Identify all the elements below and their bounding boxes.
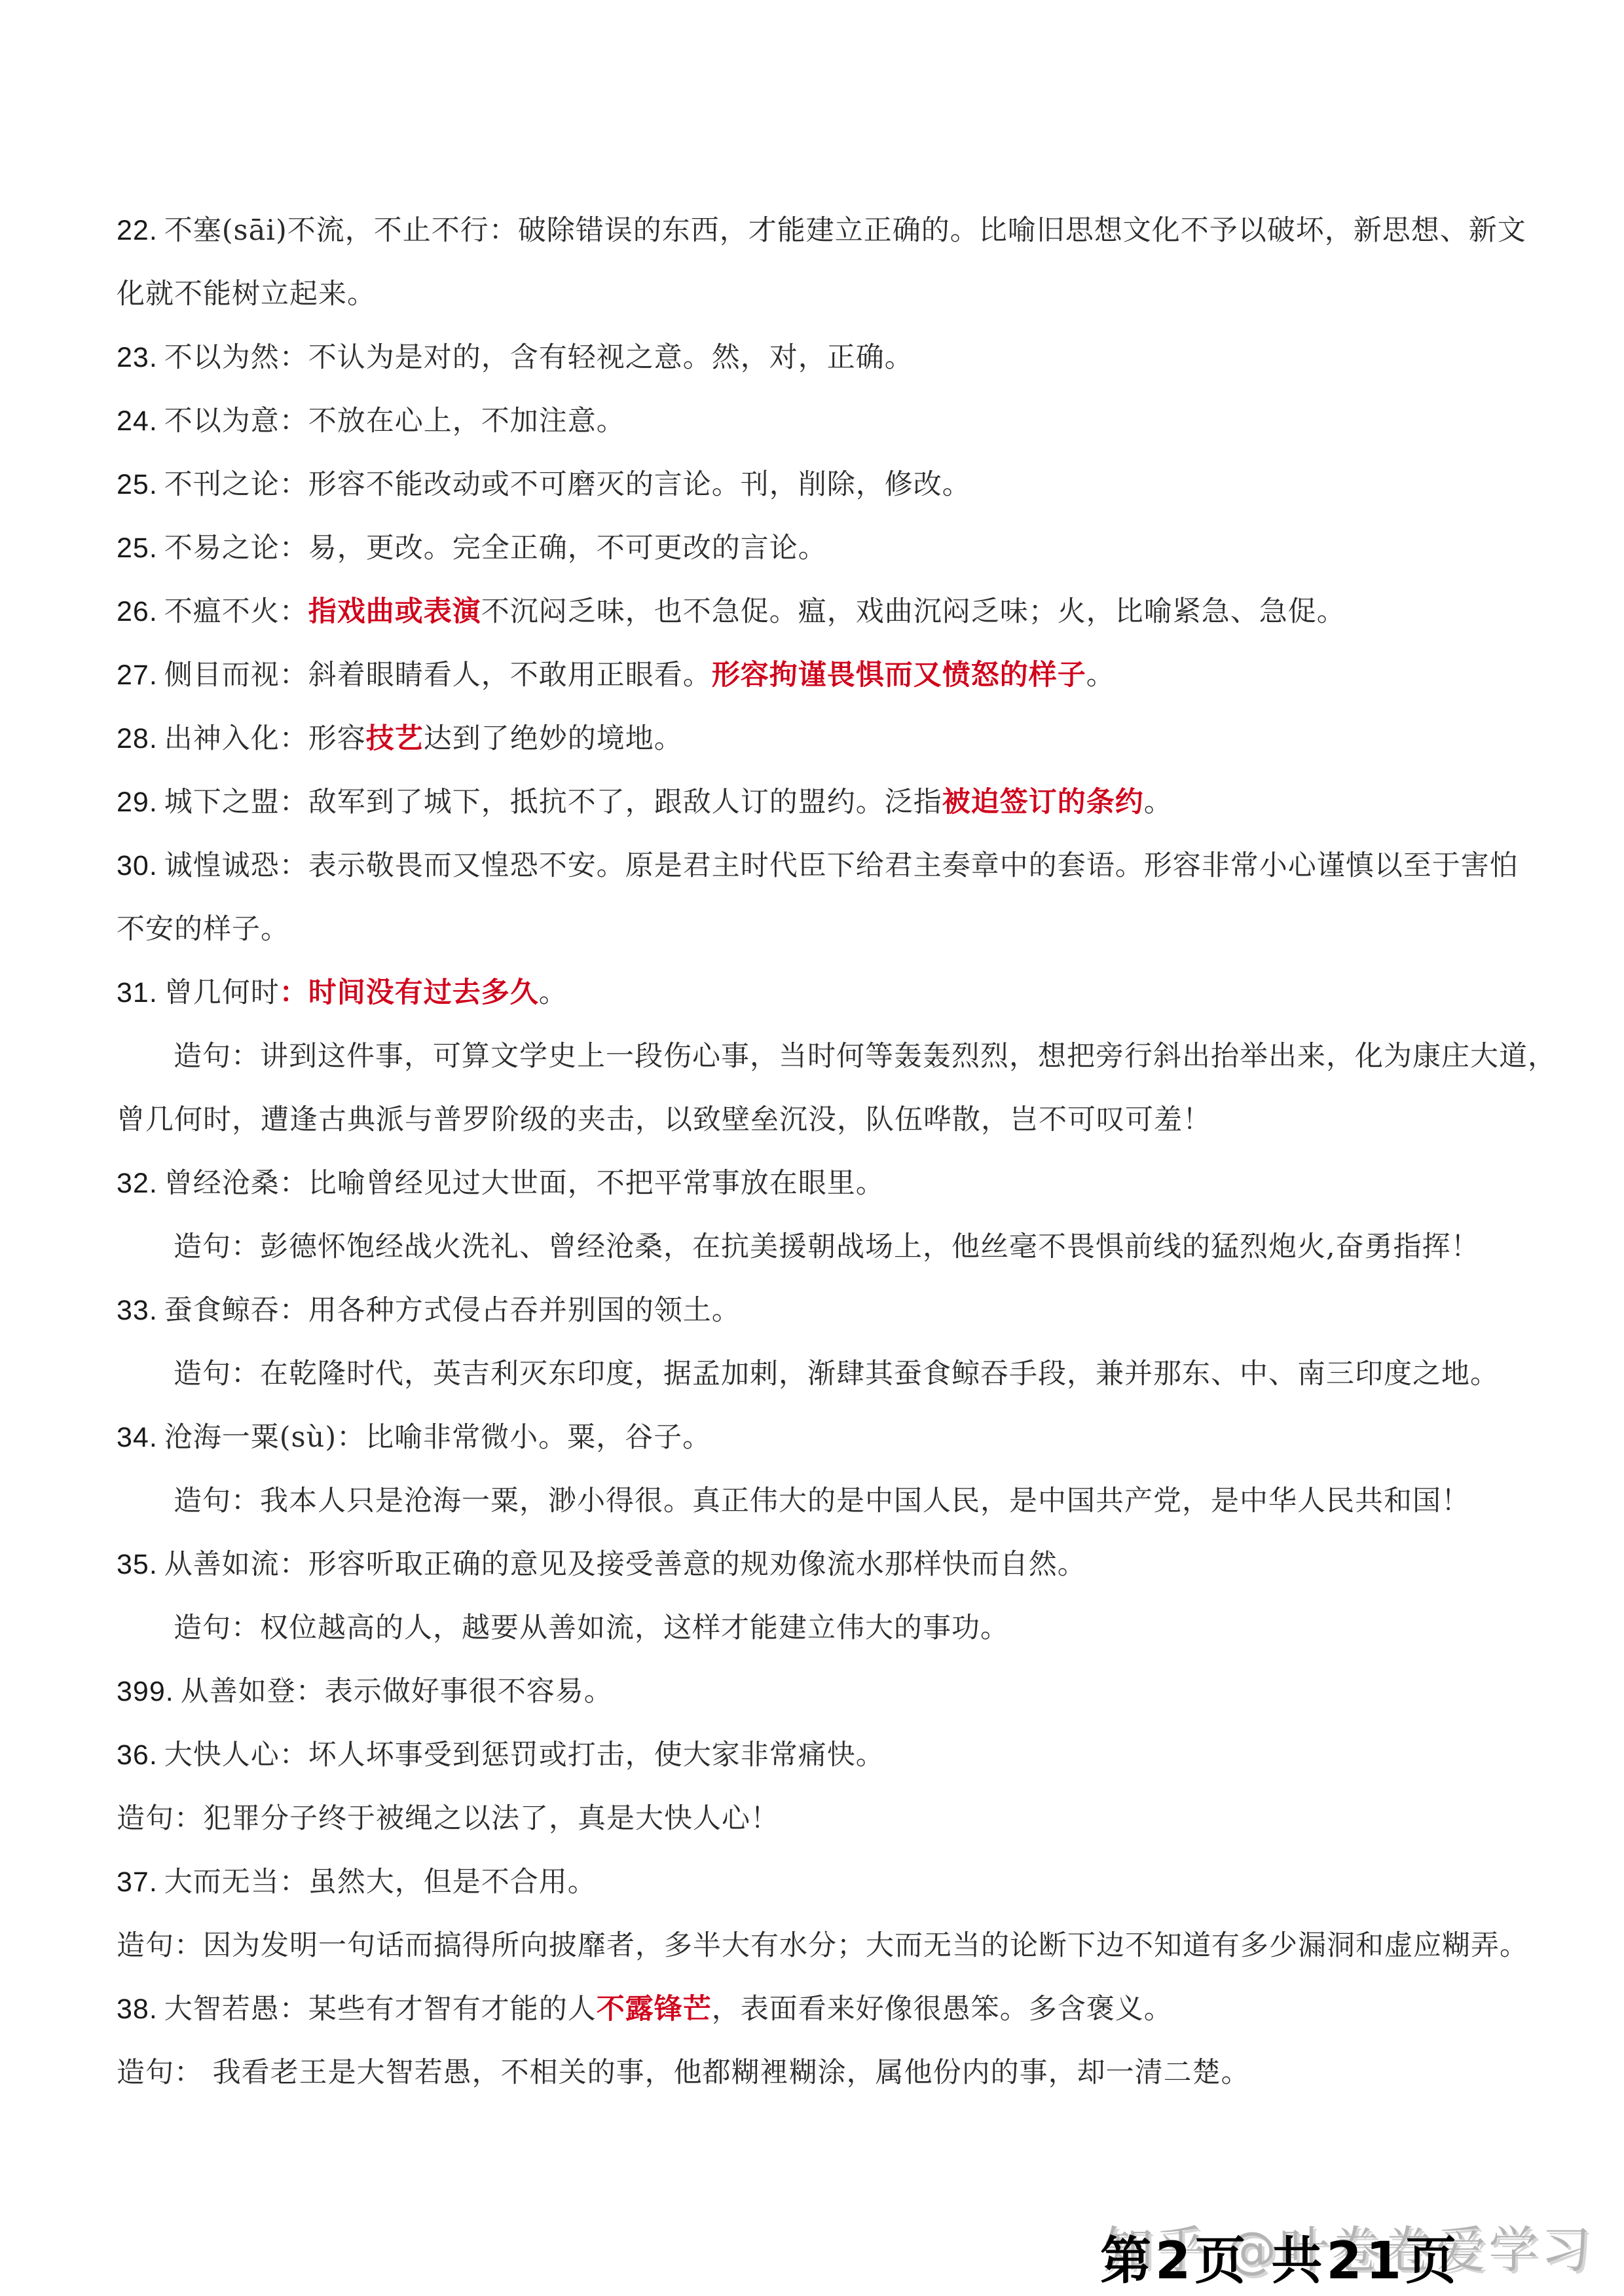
entry-number: 35. — [117, 1549, 158, 1580]
highlighted-text: 被迫签订的条约 — [942, 786, 1144, 819]
idiom-entry: 31.曾几何时：时间没有过去多久。 — [117, 973, 568, 1012]
body-text: 不安的样子。 — [117, 913, 289, 946]
entry-number: 28. — [117, 723, 158, 754]
highlighted-text: 指戏曲或表演 — [308, 595, 481, 628]
entry-number: 33. — [117, 1295, 158, 1326]
text-line: 造句：因为发明一句话而搞得所向披靡者，多半大有水分；大而无当的论断下边不知道有多… — [117, 1926, 1528, 1965]
idiom-entry: 38.大智若愚：某些有才智有才能的人不露锋芒，表面看来好像很愚笨。多含褒义。 — [117, 1990, 1173, 2029]
example-sentence: 造句：权位越高的人，越要从善如流，这样才能建立伟大的事功。 — [174, 1608, 1009, 1648]
document-page: 22.不塞(sāi)不流，不止不行：破除错误的东西，才能建立正确的。比喻旧思想文… — [0, 0, 1624, 2296]
entry-number: 34. — [117, 1422, 158, 1453]
body-text: 从善如登：表示做好事很不容易。 — [181, 1675, 613, 1708]
entry-number: 29. — [117, 787, 158, 818]
idiom-entry: 25.不易之论：易，更改。完全正确，不可更改的言论。 — [117, 528, 827, 568]
text-line: 化就不能树立起来。 — [117, 274, 376, 314]
body-text: 。 — [539, 976, 568, 1009]
body-text: 不瘟不火： — [164, 595, 308, 628]
body-text: 。 — [1086, 659, 1115, 692]
body-text: 。 — [1144, 786, 1173, 819]
page-number: 第2页 共21页 — [1100, 2220, 1460, 2293]
example-sentence: 造句：在乾隆时代，英吉利灭东印度，据孟加剌，渐肆其蚕食鲸吞手段，兼并那东、中、南… — [174, 1354, 1499, 1394]
entry-number: 32. — [117, 1168, 158, 1199]
body-text: 出神入化：形容 — [164, 722, 366, 755]
entry-number: 26. — [117, 596, 158, 627]
body-text: 达到了绝妙的境地。 — [424, 722, 683, 755]
text-line: 造句：犯罪分子终于被绳之以法了，真是大快人心！ — [117, 1799, 779, 1838]
body-text: 不沉闷乏味，也不急促。瘟，戏曲沉闷乏味；火，比喻紧急、急促。 — [481, 595, 1346, 628]
idiom-entry: 34.沧海一粟(sù)：比喻非常微小。粟，谷子。 — [117, 1418, 711, 1457]
body-text: 化就不能树立起来。 — [117, 278, 376, 310]
entry-number: 25. — [117, 469, 158, 500]
idiom-entry: 25.不刊之论：形容不能改动或不可磨灭的言论。刊，削除，修改。 — [117, 465, 971, 504]
idiom-entry: 26.不瘟不火：指戏曲或表演不沉闷乏味，也不急促。瘟，戏曲沉闷乏味；火，比喻紧急… — [117, 592, 1346, 631]
body-text: 不以为然：不认为是对的，含有轻视之意。然，对，正确。 — [164, 341, 913, 374]
body-text: 造句：权位越高的人，越要从善如流，这样才能建立伟大的事功。 — [174, 1612, 1009, 1644]
body-text: 曾经沧桑：比喻曾经见过大世面，不把平常事放在眼里。 — [164, 1167, 885, 1200]
body-text: 不刊之论：形容不能改动或不可磨灭的言论。刊，削除，修改。 — [164, 468, 971, 501]
entry-number: 399. — [117, 1676, 174, 1707]
body-text: 城下之盟：敌军到了城下，抵抗不了，跟敌人订的盟约。泛指 — [164, 786, 942, 819]
body-text: 诚惶诚恐：表示敬畏而又惶恐不安。原是君主时代臣下给君主奏章中的套语。形容非常小心… — [164, 849, 1519, 882]
text-line: 曾几何时，遭逢古典派与普罗阶级的夹击，以致壁垒沉没，队伍哗散，岂不可叹可羞！ — [117, 1100, 1211, 1139]
example-sentence: 造句：彭德怀饱经战火洗礼、曾经沧桑，在抗美援朝战场上，他丝毫不畏惧前线的猛烈炮火… — [174, 1227, 1480, 1267]
entry-number: 27. — [117, 659, 158, 691]
body-text: 造句：讲到这件事，可算文学史上一段伤心事，当时何等轰轰烈烈，想把旁行斜出抬举出来… — [174, 1040, 1557, 1073]
body-text: 大快人心：坏人坏事受到惩罚或打击，使大家非常痛快。 — [164, 1739, 885, 1771]
example-sentence: 造句：讲到这件事，可算文学史上一段伤心事，当时何等轰轰烈烈，想把旁行斜出抬举出来… — [174, 1037, 1557, 1076]
idiom-entry: 37.大而无当：虽然大，但是不合用。 — [117, 1862, 597, 1902]
body-text: 造句： 我看老王是大智若愚，不相关的事，他都糊裡糊涂，属他份内的事，却一清二楚。 — [117, 2056, 1250, 2089]
body-text: 大而无当：虽然大，但是不合用。 — [164, 1866, 597, 1898]
entry-number: 37. — [117, 1866, 158, 1898]
idiom-entry: 23.不以为然：不认为是对的，含有轻视之意。然，对，正确。 — [117, 338, 913, 377]
body-text: 造句：彭德怀饱经战火洗礼、曾经沧桑，在抗美援朝战场上，他丝毫不畏惧前线的猛烈炮火… — [174, 1231, 1480, 1263]
entry-number: 23. — [117, 342, 158, 373]
text-line: 造句： 我看老王是大智若愚，不相关的事，他都糊裡糊涂，属他份内的事，却一清二楚。 — [117, 2053, 1250, 2092]
idiom-entry: 33.蚕食鲸吞：用各种方式侵占吞并别国的领土。 — [117, 1291, 741, 1330]
body-text: 沧海一粟(sù)：比喻非常微小。粟，谷子。 — [164, 1421, 711, 1454]
entry-number: 31. — [117, 977, 158, 1009]
highlighted-text: 形容拘谨畏惧而又愤怒的样子 — [712, 659, 1086, 692]
body-text: 不塞(sāi)不流，不止不行：破除错误的东西，才能建立正确的。比喻旧思想文化不予… — [164, 214, 1526, 247]
idiom-entry: 24.不以为意：不放在心上，不加注意。 — [117, 401, 625, 441]
entry-number: 30. — [117, 850, 158, 881]
body-text: 大智若愚：某些有才智有才能的人 — [164, 1993, 597, 2026]
body-text: 造句：犯罪分子终于被绳之以法了，真是大快人心！ — [117, 1802, 779, 1835]
body-text: ，表面看来好像很愚笨。多含褒义。 — [712, 1993, 1173, 2026]
idiom-entry: 399.从善如登：表示做好事很不容易。 — [117, 1672, 613, 1711]
entry-number: 25. — [117, 532, 158, 564]
idiom-entry: 27.侧目而视：斜着眼睛看人，不敢用正眼看。形容拘谨畏惧而又愤怒的样子。 — [117, 656, 1115, 695]
body-text: 曾几何时，遭逢古典派与普罗阶级的夹击，以致壁垒沉没，队伍哗散，岂不可叹可羞！ — [117, 1103, 1211, 1136]
idiom-entry: 36.大快人心：坏人坏事受到惩罚或打击，使大家非常痛快。 — [117, 1735, 885, 1775]
body-text: 从善如流：形容听取正确的意见及接受善意的规劝像流水那样快而自然。 — [164, 1548, 1086, 1581]
body-text: 不易之论：易，更改。完全正确，不可更改的言论。 — [164, 532, 827, 565]
idiom-entry: 22.不塞(sāi)不流，不止不行：破除错误的东西，才能建立正确的。比喻旧思想文… — [117, 211, 1526, 250]
body-text: 不以为意：不放在心上，不加注意。 — [164, 405, 625, 437]
entry-number: 24. — [117, 405, 158, 437]
body-text: 曾几何时 — [164, 976, 280, 1009]
body-text: 造句：我本人只是沧海一粟，渺小得很。真正伟大的是中国人民，是中国共产党，是中华人… — [174, 1485, 1470, 1517]
idiom-entry: 32.曾经沧桑：比喻曾经见过大世面，不把平常事放在眼里。 — [117, 1164, 885, 1203]
example-sentence: 造句：我本人只是沧海一粟，渺小得很。真正伟大的是中国人民，是中国共产党，是中华人… — [174, 1481, 1470, 1521]
highlighted-text: ：时间没有过去多久 — [280, 976, 539, 1009]
body-text: 侧目而视：斜着眼睛看人，不敢用正眼看。 — [164, 659, 712, 692]
body-text: 蚕食鲸吞：用各种方式侵占吞并别国的领土。 — [164, 1294, 741, 1327]
body-text: 造句：因为发明一句话而搞得所向披靡者，多半大有水分；大而无当的论断下边不知道有多… — [117, 1929, 1528, 1962]
idiom-entry: 29.城下之盟：敌军到了城下，抵抗不了，跟敌人订的盟约。泛指被迫签订的条约。 — [117, 783, 1173, 822]
idiom-entry: 28.出神入化：形容技艺达到了绝妙的境地。 — [117, 719, 683, 758]
entry-number: 36. — [117, 1739, 158, 1771]
idiom-entry: 35.从善如流：形容听取正确的意见及接受善意的规劝像流水那样快而自然。 — [117, 1545, 1086, 1584]
highlighted-text: 不露锋芒 — [597, 1993, 712, 2026]
body-text: 造句：在乾隆时代，英吉利灭东印度，据孟加剌，渐肆其蚕食鲸吞手段，兼并那东、中、南… — [174, 1358, 1499, 1390]
entry-number: 38. — [117, 1993, 158, 2025]
entry-number: 22. — [117, 215, 158, 246]
text-line: 不安的样子。 — [117, 910, 289, 949]
idiom-entry: 30.诚惶诚恐：表示敬畏而又惶恐不安。原是君主时代臣下给君主奏章中的套语。形容非… — [117, 846, 1519, 885]
highlighted-text: 技艺 — [366, 722, 424, 755]
